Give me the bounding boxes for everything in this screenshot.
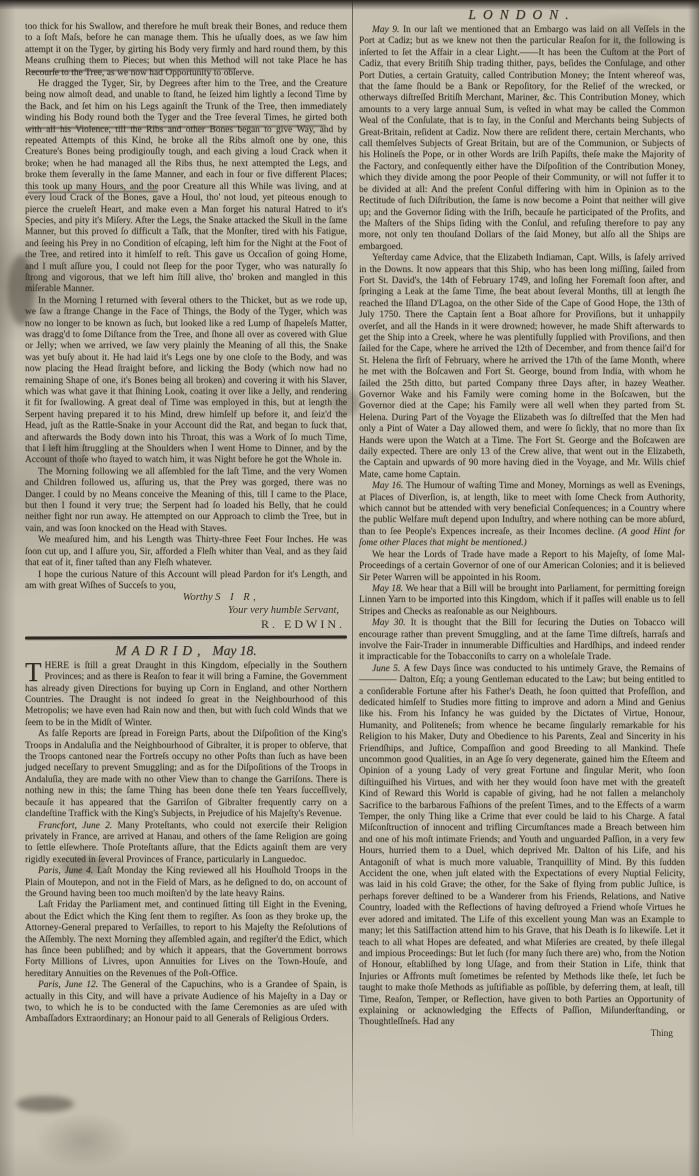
paper-stain <box>8 255 34 325</box>
paragraph: May 18. We hear that a Bill will be brou… <box>359 584 685 618</box>
snake-letter-paragraphs: too thick for his Swallow, and therefore… <box>25 22 347 592</box>
madrid-heading-title: MADRID, <box>115 643 205 658</box>
letter-salutation: Worthy S I R, <box>25 592 347 605</box>
paragraph: Paris, June 12. The General of the Capuc… <box>25 980 347 1026</box>
london-heading: LONDON. <box>359 7 685 23</box>
london-section: LONDON. May 9. In our laſt we mentioned … <box>359 7 685 1040</box>
dateline: May 16. <box>372 481 406 491</box>
letter-signature: R. EDWIN. <box>25 618 347 631</box>
madrid-section: MADRID,May 18. THERE is ſtill a great Dr… <box>25 643 347 1026</box>
london-paragraphs: May 9. In our laſt we mentioned that an … <box>359 25 685 1029</box>
paragraph: THERE is ſtill a great Draught in this K… <box>25 661 347 729</box>
paragraph: June 5. A few Days ſince was conducted t… <box>359 664 685 1029</box>
salutation-name: S I R, <box>215 592 259 603</box>
paper-stain <box>16 1096 74 1112</box>
paragraph: May 16. The Humour of waſting Time and M… <box>359 481 685 549</box>
section-divider-rule <box>25 635 347 639</box>
dateline: June 5. <box>372 664 404 674</box>
dateline: May 30. <box>372 618 411 628</box>
dateline: May 9. <box>372 25 403 35</box>
catchword: Thing <box>359 1029 685 1040</box>
paragraph: As falſe Reports are ſpread in Foreign P… <box>25 729 347 820</box>
paragraph: I hope the curious Nature of this Accoun… <box>25 570 347 593</box>
paragraph: May 30. It is thought that the Bill for … <box>359 618 685 664</box>
letter-closing: Worthy S I R, Your very humble Servant, … <box>25 592 347 631</box>
paragraph: The Morning following we all aſſembled f… <box>25 467 347 535</box>
dateline: Francfort, June 2. <box>38 821 117 831</box>
right-column: LONDON. May 9. In our laſt we mentioned … <box>359 6 685 1040</box>
paragraph: We meaſured him, and his Length was Thir… <box>25 535 347 569</box>
newspaper-page: too thick for his Swallow, and therefore… <box>0 0 699 1176</box>
column-divider-rule <box>352 0 353 1138</box>
paragraph: We hear the Lords of Trade have made a R… <box>359 550 685 584</box>
paragraph: He dragged the Tyger, Sir, by Degrees af… <box>25 79 347 296</box>
drop-cap: T <box>25 661 45 683</box>
paper-stain <box>330 390 360 416</box>
salutation-prefix: Worthy <box>183 592 213 603</box>
madrid-heading-date: May 18. <box>212 643 256 658</box>
paper-stain <box>60 855 106 877</box>
letter-valediction: Your very humble Servant, <box>25 605 347 618</box>
paragraph: Laſt Friday the Parliament met, and cont… <box>25 900 347 980</box>
paper-stain <box>40 440 90 470</box>
dateline: Paris, June 12. <box>38 980 102 990</box>
dateline: May 18. <box>372 584 406 594</box>
paragraph: May 9. In our laſt we mentioned that an … <box>359 25 685 253</box>
snake-letter-article: too thick for his Swallow, and therefore… <box>25 22 347 631</box>
paragraph: Yeſterday came Advice, that the Elizabet… <box>359 253 685 481</box>
madrid-paragraphs: THERE is ſtill a great Draught in this K… <box>25 661 347 1026</box>
madrid-heading: MADRID,May 18. <box>25 643 347 659</box>
italic-note: (A good Hint for ſome other Places that … <box>359 527 685 548</box>
